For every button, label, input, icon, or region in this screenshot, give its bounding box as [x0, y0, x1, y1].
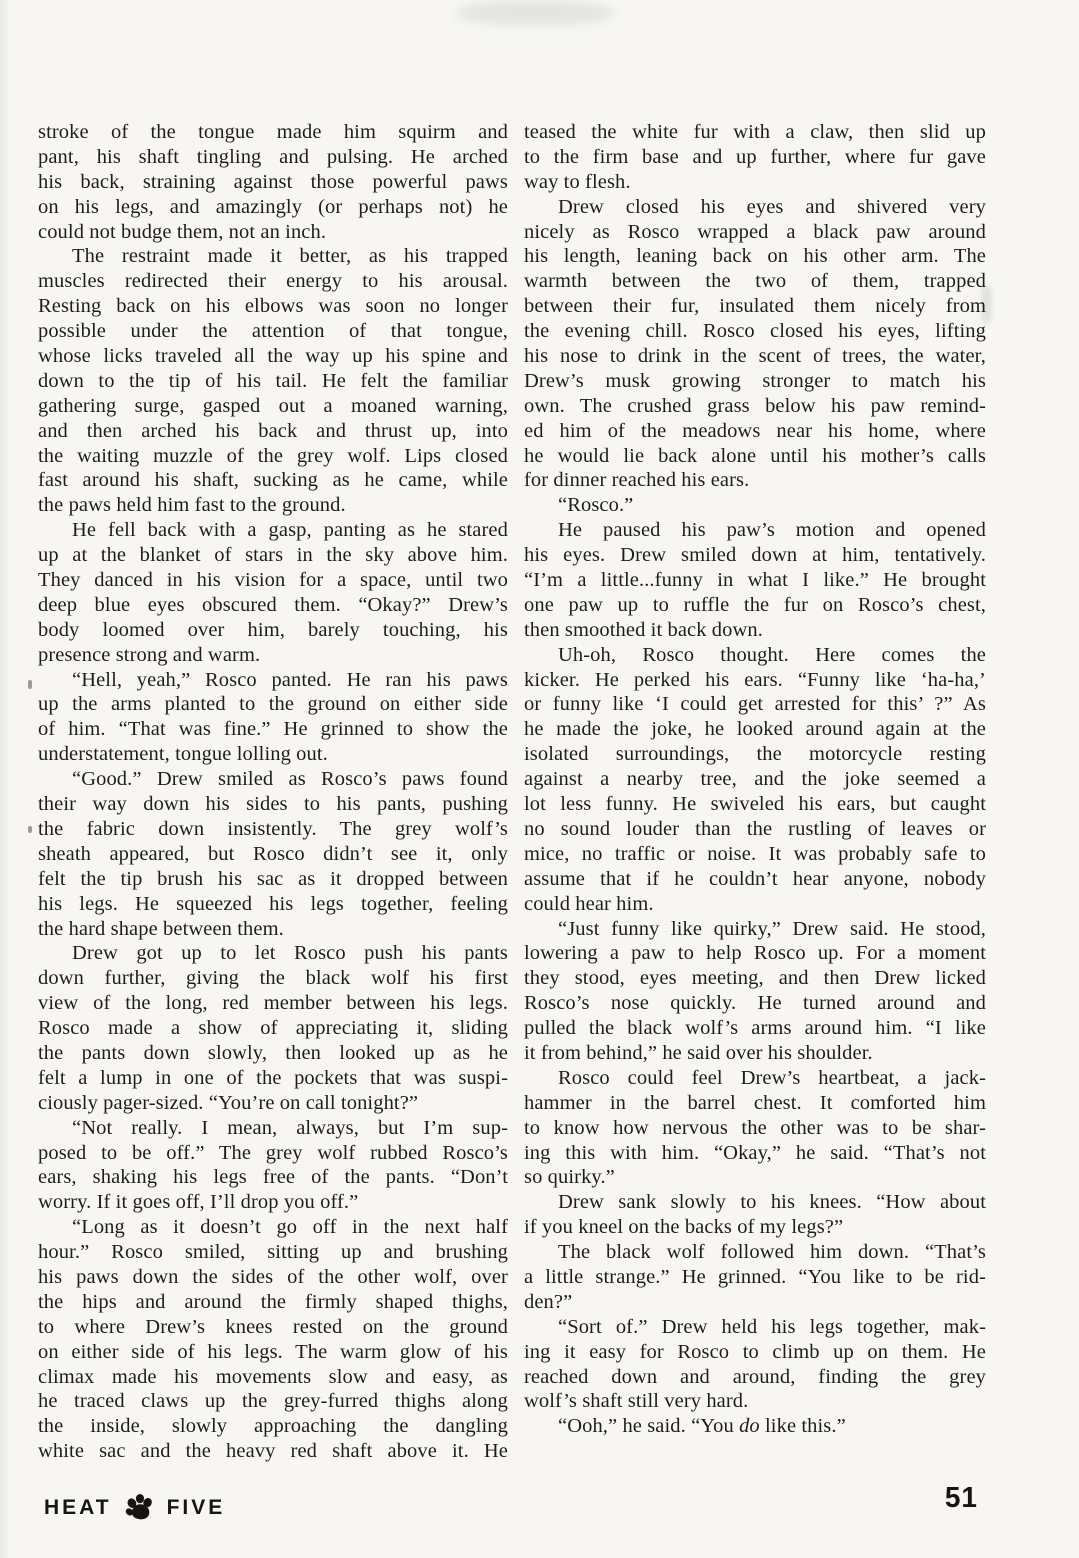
text-line: fast around his shaft, sucking as he cam…: [38, 468, 508, 493]
text-line: “Just funny like quirky,” Drew said. He …: [524, 917, 986, 942]
text-line: body loomed over him, barely touching, h…: [38, 618, 508, 643]
text-line: then smoothed it back down.: [524, 618, 986, 643]
scan-edge-shadow: [0, 0, 10, 1558]
text-line: to where Drew’s knees rested on the grou…: [38, 1315, 508, 1340]
text-column-right: teased the white fur with a claw, then s…: [524, 120, 986, 1464]
text-line: “Hell, yeah,” Rosco panted. He ran his p…: [38, 668, 508, 693]
text-line: nicely as Rosco wrapped a black paw arou…: [524, 220, 986, 245]
text-line: his eyes. Drew smiled down at him, tenta…: [524, 543, 986, 568]
text-line: he made the joke, he looked around again…: [524, 717, 986, 742]
text-line: understatement, tongue lolling out.: [38, 742, 508, 767]
text-line: possible under the attention of that ton…: [38, 319, 508, 344]
text-line: between their fur, insulated them nicely…: [524, 294, 986, 319]
text-line: so quirky.”: [524, 1165, 986, 1190]
text-line: muscles redirected their energy to his a…: [38, 269, 508, 294]
text-line: to the firm base and up further, where f…: [524, 145, 986, 170]
italic-word: do: [739, 1415, 760, 1437]
text-line: his length, leaning back on his other ar…: [524, 244, 986, 269]
paw-print-icon: [124, 1492, 155, 1523]
text-line: ing this with him. “Okay,” he said. “Tha…: [524, 1141, 986, 1166]
text-line: the hard shape between them.: [38, 917, 508, 942]
text-line: his nose to drink in the scent of trees,…: [524, 344, 986, 369]
text-line: and then arched his back and thrust up, …: [38, 419, 508, 444]
text-line: “I’m a little...funny in what I like.” H…: [524, 568, 986, 593]
text-line: pulled the black wolf’s arms around him.…: [524, 1016, 986, 1041]
text-line: on his legs, and amazingly (or perhaps n…: [38, 195, 508, 220]
text-line: the fabric down insistently. The grey wo…: [38, 817, 508, 842]
text-line: Drew closed his eyes and shivered very: [524, 195, 986, 220]
text-line: The black wolf followed him down. “That’…: [524, 1240, 986, 1265]
text-line: felt a lump in one of the pockets that w…: [38, 1066, 508, 1091]
text-line: of him. “That was fine.” He grinned to s…: [38, 717, 508, 742]
text-line: Drew got up to let Rosco push his pants: [38, 941, 508, 966]
text-line: gathering surge, gasped out a moaned war…: [38, 394, 508, 419]
text-line: presence strong and warm.: [38, 643, 508, 668]
text-line: “Sort of.” Drew held his legs together, …: [524, 1315, 986, 1340]
text-line: “Long as it doesn’t go off in the next h…: [38, 1215, 508, 1240]
text-line: his back, straining against those powerf…: [38, 170, 508, 195]
text-line: Rosco’s nose quickly. He turned around a…: [524, 991, 986, 1016]
text-line: “Good.” Drew smiled as Rosco’s paws foun…: [38, 767, 508, 792]
text-line: a little strange.” He grinned. “You like…: [524, 1265, 986, 1290]
text-line: stroke of the tongue made him squirm and: [38, 120, 508, 145]
text-line: Uh-oh, Rosco thought. Here comes the: [524, 643, 986, 668]
text-line: felt the tip brush his sac as it dropped…: [38, 867, 508, 892]
text-line: kicker. He perked his ears. “Funny like …: [524, 668, 986, 693]
text-line: the pants down slowly, then looked up as…: [38, 1041, 508, 1066]
text-line: hour.” Rosco smiled, sitting up and brus…: [38, 1240, 508, 1265]
text-line: den?”: [524, 1290, 986, 1315]
page-body: stroke of the tongue made him squirm and…: [38, 120, 986, 1464]
text-line: Drew sank slowly to his knees. “How abou…: [524, 1190, 986, 1215]
scan-smudge: [455, 0, 615, 26]
text-line: posed to be off.” The grey wolf rubbed R…: [38, 1141, 508, 1166]
page-number: 51: [945, 1482, 978, 1515]
text-line: view of the long, red member between his…: [38, 991, 508, 1016]
text-line: the paws held him fast to the ground.: [38, 493, 508, 518]
text-column-left: stroke of the tongue made him squirm and…: [38, 120, 508, 1464]
text-line: He paused his paw’s motion and opened: [524, 518, 986, 543]
text-line: one paw up to ruffle the fur on Rosco’s …: [524, 593, 986, 618]
text-line: “Ooh,” he said. “You do like this.”: [524, 1414, 986, 1439]
text-line: worry. If it goes off, I’ll drop you off…: [38, 1190, 508, 1215]
text-line: he traced claws up the grey-furred thigh…: [38, 1389, 508, 1414]
scan-speck: [28, 826, 32, 833]
text-line: He fell back with a gasp, panting as he …: [38, 518, 508, 543]
text-line: sheath appeared, but Rosco didn’t see it…: [38, 842, 508, 867]
text-line: up at the blanket of stars in the sky ab…: [38, 543, 508, 568]
text-line: Rosco made a show of appreciating it, sl…: [38, 1016, 508, 1041]
text-line: hammer in the barrel chest. It comforted…: [524, 1091, 986, 1116]
text-line: Resting back on his elbows was soon no l…: [38, 294, 508, 319]
text-line: against a nearby tree, and the joke seem…: [524, 767, 986, 792]
text-line: They danced in his vision for a space, u…: [38, 568, 508, 593]
text-line: it from behind,” he said over his should…: [524, 1041, 986, 1066]
text-line: reached down and around, finding the gre…: [524, 1365, 986, 1390]
text-line: isolated surroundings, the motorcycle re…: [524, 742, 986, 767]
text-line: “Not really. I mean, always, but I’m sup…: [38, 1116, 508, 1141]
text-line: way to flesh.: [524, 170, 986, 195]
text-line: for dinner reached his ears.: [524, 468, 986, 493]
magazine-logo: HEAT FIVE: [44, 1492, 225, 1523]
text-line: down to the tip of his tail. He felt the…: [38, 369, 508, 394]
text-line: or funny like ‘I could get arrested for …: [524, 692, 986, 717]
text-line: Drew’s musk growing stronger to match hi…: [524, 369, 986, 394]
text-line: to know how nervous the other was to be …: [524, 1116, 986, 1141]
text-line: white sac and the heavy red shaft above …: [38, 1439, 508, 1464]
text-line: lot less funny. He swiveled his ears, bu…: [524, 792, 986, 817]
text-line: own. The crushed grass below his paw rem…: [524, 394, 986, 419]
text-line: Rosco could feel Drew’s heartbeat, a jac…: [524, 1066, 986, 1091]
text-line: climax made his movements slow and easy,…: [38, 1365, 508, 1390]
text-line: could not budge them, not an inch.: [38, 220, 508, 245]
text-line: teased the white fur with a claw, then s…: [524, 120, 986, 145]
text-line: deep blue eyes obscured them. “Okay?” Dr…: [38, 593, 508, 618]
text-line: no sound louder than the rustling of lea…: [524, 817, 986, 842]
text-line: ciously pager-sized. “You’re on call ton…: [38, 1091, 508, 1116]
text-line: “Rosco.”: [524, 493, 986, 518]
text-line: if you kneel on the backs of my legs?”: [524, 1215, 986, 1240]
text-line: the inside, slowly approaching the dangl…: [38, 1414, 508, 1439]
text-line: he would lie back alone until his mother…: [524, 444, 986, 469]
text-line: whose licks traveled all the way up his …: [38, 344, 508, 369]
text-line: pant, his shaft tingling and pulsing. He…: [38, 145, 508, 170]
text-line: up the arms planted to the ground on eit…: [38, 692, 508, 717]
page-footer: HEAT FIVE: [44, 1492, 1035, 1523]
text-line: warmth between the two of them, trapped: [524, 269, 986, 294]
text-line: ears, shaking his legs free of the pants…: [38, 1165, 508, 1190]
magazine-name: HEAT: [44, 1496, 112, 1520]
text-line: wolf’s shaft still very hard.: [524, 1389, 986, 1414]
text-line: the evening chill. Rosco closed his eyes…: [524, 319, 986, 344]
text-line: the waiting muzzle of the grey wolf. Lip…: [38, 444, 508, 469]
text-line: they stood, eyes meeting, and then Drew …: [524, 966, 986, 991]
text-line: ing it easy for Rosco to climb up on the…: [524, 1340, 986, 1365]
text-line: ed him of the meadows near his home, whe…: [524, 419, 986, 444]
text-line: the hips and around the firmly shaped th…: [38, 1290, 508, 1315]
text-line: could hear him.: [524, 892, 986, 917]
magazine-volume: FIVE: [167, 1496, 226, 1520]
text-line: assume that if he couldn’t hear anyone, …: [524, 867, 986, 892]
text-line: his paws down the sides of the other wol…: [38, 1265, 508, 1290]
text-line: mice, no traffic or noise. It was probab…: [524, 842, 986, 867]
text-line: his legs. He squeezed his legs together,…: [38, 892, 508, 917]
scan-speck: [28, 680, 32, 689]
text-line: their way down his sides to his pants, p…: [38, 792, 508, 817]
text-line: on either side of his legs. The warm glo…: [38, 1340, 508, 1365]
text-line: down further, giving the black wolf his …: [38, 966, 508, 991]
text-line: lowering a paw to help Rosco up. For a m…: [524, 941, 986, 966]
text-line: The restraint made it better, as his tra…: [38, 244, 508, 269]
